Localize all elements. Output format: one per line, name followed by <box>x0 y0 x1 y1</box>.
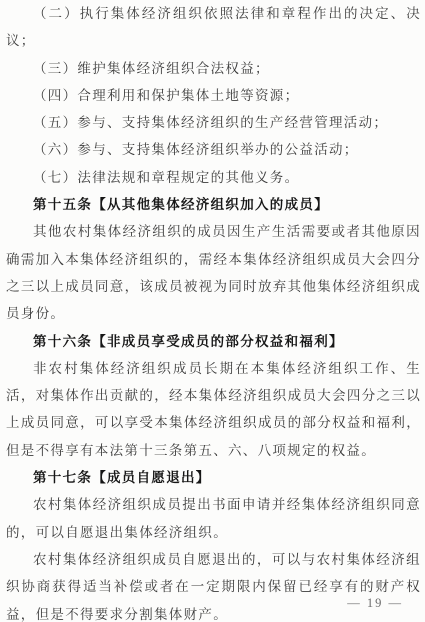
obligation-list-item-5: （五）参与、支持集体经济组织的生产经营管理活动； <box>6 109 421 136</box>
article-17-heading: 第十七条【成员自愿退出】 <box>6 464 421 491</box>
obligation-list-item-7: （七）法律法规和章程规定的其他义务。 <box>6 164 421 191</box>
page-number: — 19 — <box>347 596 403 611</box>
article-16-heading: 第十六条【非成员享受成员的部分权益和福利】 <box>6 328 421 355</box>
document-page: （二）执行集体经济组织依照法律和章程作出的决定、决议； （三）维护集体经济组织合… <box>0 0 425 622</box>
article-17-paragraph-1: 农村集体经济组织成员提出书面申请并经集体经济组织同意的，可以自愿退出集体经济组织… <box>6 491 421 546</box>
article-15-paragraph-1: 其他农村集体经济组织的成员因生产生活需要或者其他原因确需加入本集体经济组织的，需… <box>6 218 421 327</box>
article-15-heading: 第十五条【从其他集体经济组织加入的成员】 <box>6 191 421 218</box>
document-body: （二）执行集体经济组织依照法律和章程作出的决定、决议； （三）维护集体经济组织合… <box>6 0 421 622</box>
obligation-list-item-2: （二）执行集体经济组织依照法律和章程作出的决定、决议； <box>6 0 421 55</box>
article-16-paragraph-1: 非农村集体经济组织成员长期在本集体经济组织工作、生活，对集体作出贡献的，经本集体… <box>6 355 421 464</box>
obligation-list-item-3: （三）维护集体经济组织合法权益； <box>6 55 421 82</box>
obligation-list-item-6: （六）参与、支持集体经济组织举办的公益活动； <box>6 136 421 163</box>
obligation-list-item-4: （四）合理利用和保护集体土地等资源； <box>6 82 421 109</box>
